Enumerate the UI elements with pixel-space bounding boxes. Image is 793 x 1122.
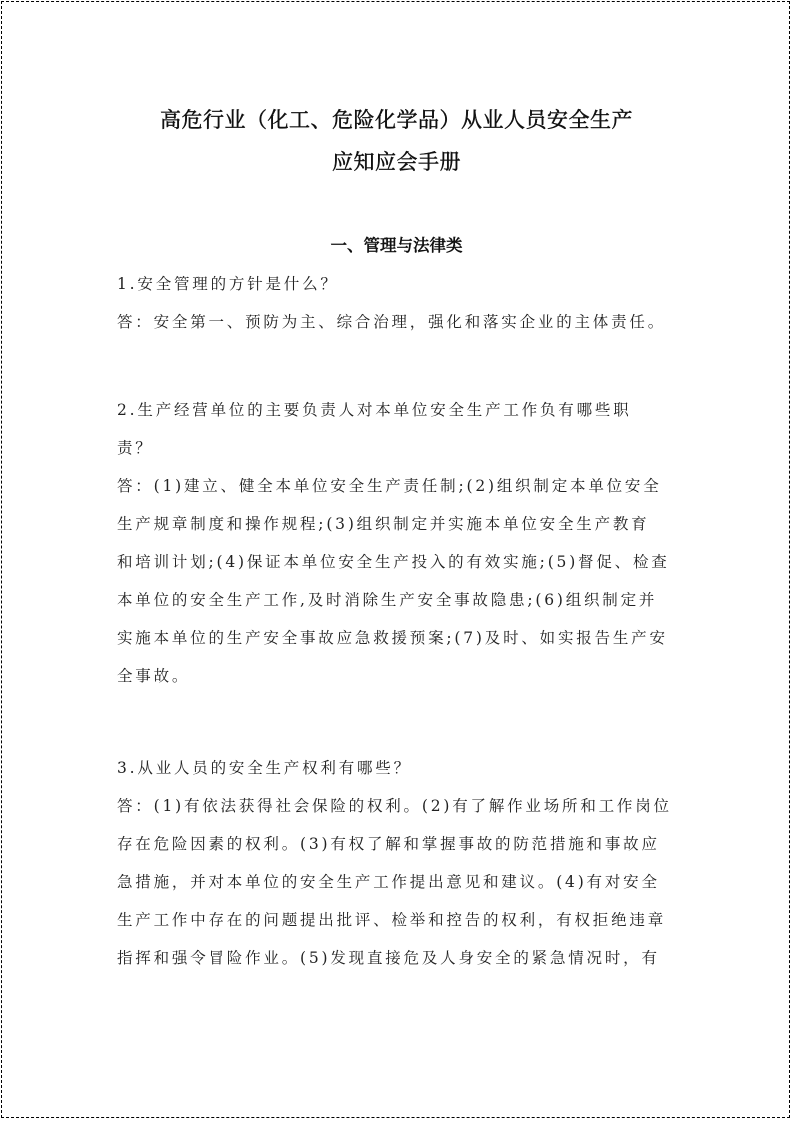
answer-3-line-2: 存在危险因素的权利。(3)有权了解和掌握事故的防范措施和事故应 [117, 832, 660, 856]
answer-2-line-1: 答：(1)建立、健全本单位安全生产责任制;(2)组织制定本单位安全 [117, 474, 662, 498]
answer-3-line-5: 指挥和强令冒险作业。(5)发现直接危及人身安全的紧急情况时，有 [117, 946, 660, 970]
answer-3-line-4: 生产工作中存在的问题提出批评、检举和控告的权利，有权拒绝违章 [117, 908, 666, 932]
answer-2-line-4: 本单位的安全生产工作,及时消除生产安全事故隐患;(6)组织制定并 [117, 588, 657, 612]
question-1-line-1: 1.安全管理的方针是什么？ [117, 272, 339, 296]
answer-2-line-2: 生产规章制度和操作规程;(3)组织制定并实施本单位安全生产教育 [117, 512, 649, 536]
document-title-line-2: 应知应会手册 [0, 146, 793, 176]
answer-2-line-6: 全事故。 [117, 664, 190, 688]
question-2-line-2: 责？ [117, 436, 154, 460]
answer-2-line-5: 实施本单位的生产安全事故应急救援预案;(7)及时、如实报告生产安 [117, 626, 668, 650]
answer-2-line-3: 和培训计划;(4)保证本单位安全生产投入的有效实施;(5)督促、检查 [117, 550, 670, 574]
answer-3-line-1: 答：(1)有依法获得社会保险的权利。(2)有了解作业场所和工作岗位 [117, 794, 672, 818]
answer-3-line-3: 急措施，并对本单位的安全生产工作提出意见和建议。(4)有对安全 [117, 870, 660, 894]
section-heading: 一、管理与法律类 [0, 232, 793, 256]
question-3-line-1: 3.从业人员的安全生产权利有哪些？ [117, 756, 412, 780]
document-title-line-1: 高危行业（化工、危险化学品）从业人员安全生产 [0, 104, 793, 134]
question-2-line-1: 2.生产经营单位的主要负责人对本单位安全生产工作负有哪些职 [117, 398, 632, 422]
answer-1-line-1: 答：安全第一、预防为主、综合治理，强化和落实企业的主体责任。 [117, 310, 666, 334]
